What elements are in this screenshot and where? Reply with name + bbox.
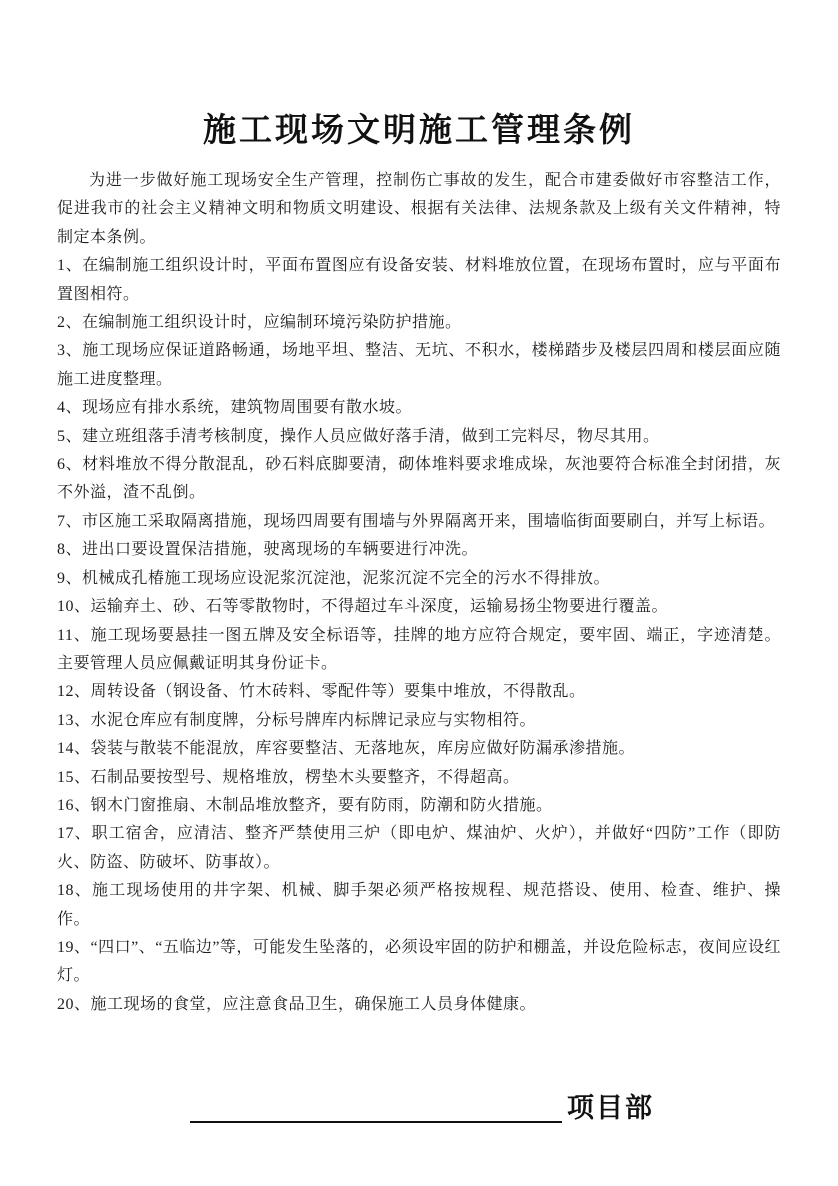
regulation-item-5: 5、建立班组落手清考核制度，操作人员应做好落手清，做到工完料尽，物尽其用。 xyxy=(57,423,781,451)
signature-row: 项目部 xyxy=(190,1091,781,1123)
regulation-item-17: 17、职工宿舍，应清洁、整齐严禁使用三炉（即电炉、煤油炉、火炉），并做好“四防”… xyxy=(57,820,781,877)
regulation-item-1: 1、在编制施工组织设计时，平面布置图应有设备安装、材料堆放位置，在现场布置时，应… xyxy=(57,252,781,309)
regulation-item-18: 18、施工现场使用的井字架、机械、脚手架必须严格按规程、规范搭设、使用、检查、维… xyxy=(57,877,781,934)
intro-paragraph: 为进一步做好施工现场安全生产管理，控制伤亡事故的发生，配合市建委做好市容整洁工作… xyxy=(57,167,781,252)
signature-line xyxy=(190,1091,562,1123)
regulation-item-12: 12、周转设备（钢设备、竹木砖料、零配件等）要集中堆放，不得散乱。 xyxy=(57,678,781,706)
signature-label: 项目部 xyxy=(567,1094,654,1124)
regulation-item-13: 13、水泥仓库应有制度牌，分标号牌库内标牌记录应与实物相符。 xyxy=(57,707,781,735)
regulation-item-14: 14、袋装与散装不能混放，库容要整洁、无落地灰，库房应做好防漏承渗措施。 xyxy=(57,735,781,763)
regulation-item-7: 7、市区施工采取隔离措施，现场四周要有围墙与外界隔离开来，围墙临街面要刷白，并写… xyxy=(57,508,781,536)
regulation-item-16: 16、钢木门窗推扇、木制品堆放整齐，要有防雨，防潮和防火措施。 xyxy=(57,792,781,820)
regulation-item-20: 20、施工现场的食堂，应注意食品卫生，确保施工人员身体健康。 xyxy=(57,991,781,1019)
regulation-item-3: 3、施工现场应保证道路畅通，场地平坦、整洁、无坑、不积水，楼梯踏步及楼层四周和楼… xyxy=(57,337,781,394)
regulation-item-19: 19、“四口”、“五临边”等，可能发生坠落的，必须设牢固的防护和棚盖，并设危险标… xyxy=(57,934,781,991)
regulation-item-11: 11、施工现场要悬挂一图五牌及安全标语等，挂牌的地方应符合规定，要牢固、端正，字… xyxy=(57,622,781,679)
regulation-item-9: 9、机械成孔椿施工现场应设泥浆沉淀池，泥浆沉淀不完全的污水不得排放。 xyxy=(57,565,781,593)
document-title: 施工现场文明施工管理条例 xyxy=(57,104,781,151)
regulation-list: 1、在编制施工组织设计时，平面布置图应有设备安装、材料堆放位置，在现场布置时，应… xyxy=(57,252,781,1019)
regulation-item-8: 8、进出口要设置保洁措施，驶离现场的车辆要进行冲洗。 xyxy=(57,536,781,564)
document-page: 施工现场文明施工管理条例 为进一步做好施工现场安全生产管理，控制伤亡事故的发生，… xyxy=(0,0,838,1186)
regulation-item-2: 2、在编制施工组织设计时，应编制环境污染防护措施。 xyxy=(57,309,781,337)
regulation-item-4: 4、现场应有排水系统，建筑物周围要有散水坡。 xyxy=(57,394,781,422)
regulation-item-10: 10、运输弃土、砂、石等零散物时，不得超过车斗深度，运输易扬尘物要进行覆盖。 xyxy=(57,593,781,621)
document-body: 为进一步做好施工现场安全生产管理，控制伤亡事故的发生，配合市建委做好市容整洁工作… xyxy=(57,167,781,1019)
regulation-item-6: 6、材料堆放不得分散混乱，砂石料底脚要清，砌体堆料要求堆成垛，灰池要符合标准全封… xyxy=(57,451,781,508)
regulation-item-15: 15、石制品要按型号、规格堆放，楞垫木头要整齐，不得超高。 xyxy=(57,764,781,792)
